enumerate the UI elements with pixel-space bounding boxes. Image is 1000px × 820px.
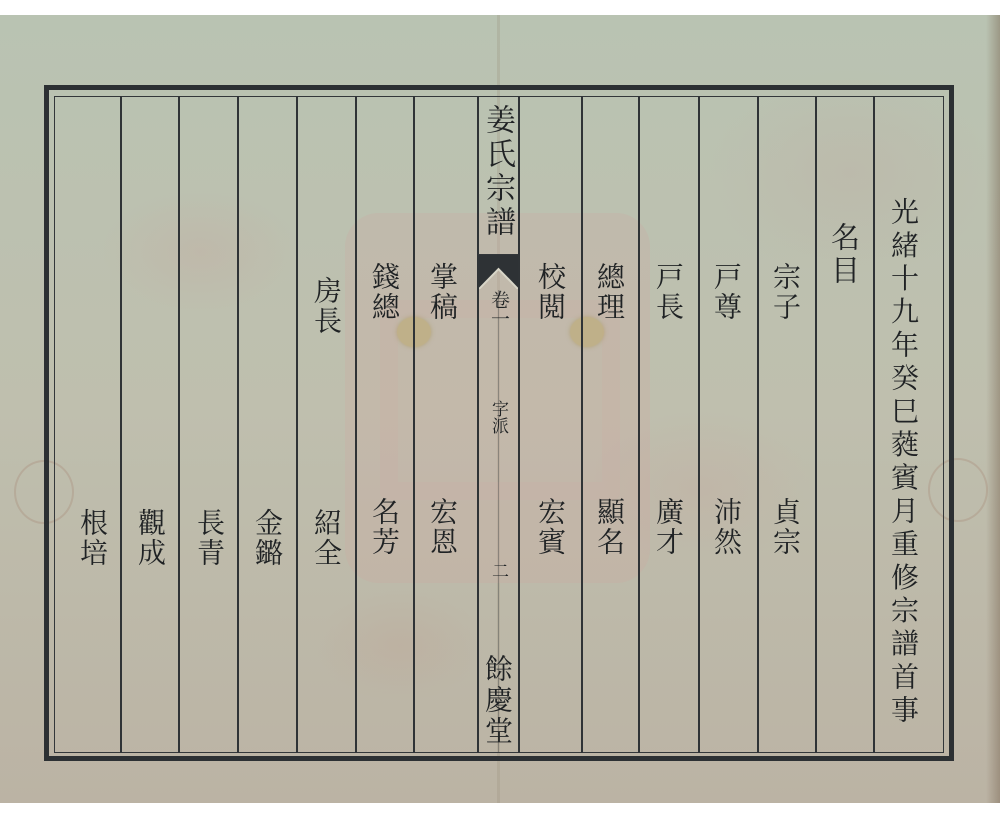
page-number: 二	[489, 562, 506, 579]
hall-name: 餘慶堂	[483, 654, 511, 747]
role-name: 紹全	[312, 508, 340, 568]
column-rule	[355, 96, 357, 753]
role-name: 宏恩	[428, 497, 456, 557]
role-name: 根培	[78, 508, 106, 568]
role-title: 宗子	[771, 262, 799, 322]
role-title: 房長	[312, 276, 340, 336]
column-rule	[120, 96, 122, 753]
book-title: 姜氏宗譜	[482, 104, 512, 240]
role-name: 觀成	[136, 508, 164, 568]
role-name: 廣才	[654, 497, 682, 557]
role-name: 沛然	[712, 497, 740, 557]
role-name: 金鏴	[253, 508, 281, 568]
role-title: 戸長	[654, 262, 682, 322]
role-title: 校閲	[536, 262, 564, 322]
column-rule	[873, 96, 875, 753]
role-title: 掌稿	[428, 262, 456, 322]
column-rule	[815, 96, 817, 753]
role-title: 錢總	[370, 262, 398, 322]
column-rule	[581, 96, 583, 753]
column-rule	[638, 96, 640, 753]
column-rule	[237, 96, 239, 753]
role-name: 名芳	[370, 497, 398, 557]
role-title: 戸尊	[712, 262, 740, 322]
role-name: 長青	[195, 508, 223, 568]
column-rule	[698, 96, 700, 753]
column-rule	[757, 96, 759, 753]
volume-label: 卷一	[489, 290, 508, 328]
column-rule	[296, 96, 298, 753]
role-name: 顯名	[595, 497, 623, 557]
center-strip-rule-right	[518, 96, 520, 753]
column-rule	[413, 96, 415, 753]
role-title: 總理	[595, 262, 623, 322]
role-name: 宏賓	[536, 497, 564, 557]
section-label: 字派	[489, 400, 506, 434]
column-rule	[178, 96, 180, 753]
section-heading: 名目	[829, 222, 858, 288]
page-edge-shadow	[986, 15, 1000, 803]
fishtail-mark-icon	[479, 255, 518, 289]
role-name: 貞宗	[771, 497, 799, 557]
header-column: 光緒十九年癸巳蕤賓月重修宗譜首事	[889, 197, 917, 728]
